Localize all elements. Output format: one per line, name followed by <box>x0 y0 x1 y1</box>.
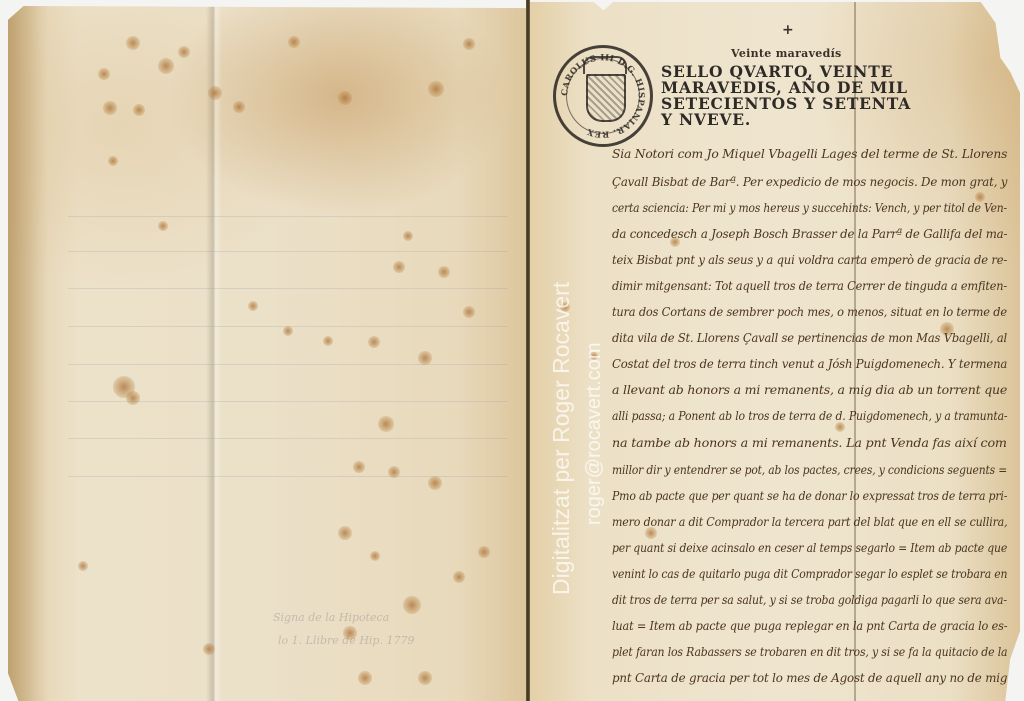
left-page-edge-stain <box>8 6 48 701</box>
foxing-spot <box>133 104 145 116</box>
handwritten-line: alli passa; a Ponent ab lo tros de terra… <box>612 408 1007 423</box>
foxing-spot <box>368 336 380 348</box>
foxing-spot <box>78 561 88 571</box>
foxing-spot <box>353 461 365 473</box>
foxing-spot <box>248 301 258 311</box>
foxing-spot <box>403 231 413 241</box>
foxing-spot <box>108 156 118 166</box>
royal-seal-stamp: CAROLUS III D.G. HISPANIAR. REX <box>553 45 653 147</box>
digitization-watermark: Digitalitzat per Roger Rocavert roger@ro… <box>548 282 606 595</box>
handwritten-line: venint lo cas de quitarlo puga dit Compr… <box>612 566 1007 581</box>
bleed-through-line <box>68 364 508 365</box>
handwritten-line: dit tros de terra per sa salut, y si se … <box>612 592 1007 607</box>
handwritten-line: na tambe ab honors a mi remanents. La pn… <box>612 435 1007 450</box>
foxing-spot <box>478 546 490 558</box>
handwritten-line: Costat del tros de terra tinch venut a J… <box>612 356 1007 371</box>
handwritten-line: a llevant ab honors a mi remanents, a mi… <box>612 382 1007 397</box>
foxing-spot <box>378 416 394 432</box>
handwritten-line: millor dir y entendrer se pot, ab los pa… <box>612 462 1007 477</box>
foxing-spot <box>208 86 222 100</box>
foxing-spot <box>103 101 117 115</box>
handwritten-line: plet faran los Rabassers se trobaren en … <box>612 644 1007 659</box>
foxing-spot <box>463 38 475 50</box>
foxing-spot <box>418 351 432 365</box>
handwritten-line: Sia Notori com Jo Miquel Vbagelli Lages … <box>612 146 1007 161</box>
foxing-spot <box>283 326 293 336</box>
foxing-spot <box>463 306 475 318</box>
handwritten-line: luat = Item ab pacte que puga replegar e… <box>612 618 1007 633</box>
handwritten-line: mero donar a dit Comprador la tercera pa… <box>612 514 1007 529</box>
handwritten-line: per quant si deixe acinsalo en ceser al … <box>612 540 1007 555</box>
foxing-spot <box>323 336 333 346</box>
bleed-through-line <box>68 476 508 477</box>
foxing-spot <box>428 81 444 97</box>
foxing-spot <box>343 626 357 640</box>
bleed-through-line <box>68 438 508 439</box>
faint-note: Signa de la Hipoteca <box>273 611 389 624</box>
foxing-spot <box>158 58 174 74</box>
handwritten-line: pnt Carta de gracia per tot lo mes de Ag… <box>612 670 1007 685</box>
left-page-fold-crease <box>206 6 222 701</box>
foxing-spot <box>178 46 190 58</box>
handwritten-line: tura dos Cortans de sembrer poch mes, o … <box>612 304 1007 319</box>
bleed-through-line <box>68 288 508 289</box>
bleed-through-line <box>68 251 508 252</box>
foxing-spot <box>393 261 405 273</box>
foxing-spot <box>233 101 245 113</box>
foxing-spot <box>418 671 432 685</box>
stamp-value-note: Veinte maravedís <box>731 47 842 60</box>
foxing-spot <box>98 68 110 80</box>
bleed-through-line <box>68 216 508 217</box>
coat-of-arms-icon <box>586 74 626 122</box>
handwritten-line: Çavall Bisbat de Barª. Per expedicio de … <box>612 174 1007 189</box>
foxing-spot <box>126 391 140 405</box>
foxing-spot <box>358 671 372 685</box>
foxing-spot <box>453 571 465 583</box>
handwritten-line: da concedesch a Joseph Bosch Brasser de … <box>612 226 1007 241</box>
foxing-spot <box>158 221 168 231</box>
book-spine <box>526 0 530 701</box>
crown-icon <box>583 56 627 74</box>
left-page: Signa de la Hipoteca lo 1. Llibre de Hip… <box>8 6 528 701</box>
foxing-spot <box>403 596 421 614</box>
foxing-spot <box>388 466 400 478</box>
cross-mark: + <box>782 22 794 38</box>
foxing-spot <box>428 476 442 490</box>
handwritten-line: Pmo ab pacte que per quant se ha de dona… <box>612 488 1007 503</box>
foxing-spot <box>438 266 450 278</box>
handwritten-line: teix Bisbat pnt y als seus y a qui voldr… <box>612 252 1007 267</box>
watermark-credit: Digitalitzat per Roger Rocavert <box>548 282 574 595</box>
stamped-paper-header: SELLO QVARTO, VEINTE MARAVEDIS, AÑO DE M… <box>661 64 961 128</box>
foxing-spot <box>370 551 380 561</box>
document-scan: Signa de la Hipoteca lo 1. Llibre de Hip… <box>0 0 1024 701</box>
foxing-spot <box>338 91 352 105</box>
foxing-spot <box>203 643 215 655</box>
header-line: Y NVEVE. <box>661 112 961 128</box>
handwritten-line: dimir mitgensant: Tot aquell tros de ter… <box>612 278 1007 293</box>
handwritten-line: certa sciencia: Per mi y mos hereus y su… <box>612 200 1007 215</box>
foxing-spot <box>338 526 352 540</box>
foxing-spot <box>126 36 140 50</box>
watermark-email: roger@rocavert.com <box>582 282 606 525</box>
foxing-spot <box>835 422 845 432</box>
handwritten-line: dita vila de St. Llorens Çavall se perti… <box>612 330 1007 345</box>
foxing-spot <box>288 36 300 48</box>
